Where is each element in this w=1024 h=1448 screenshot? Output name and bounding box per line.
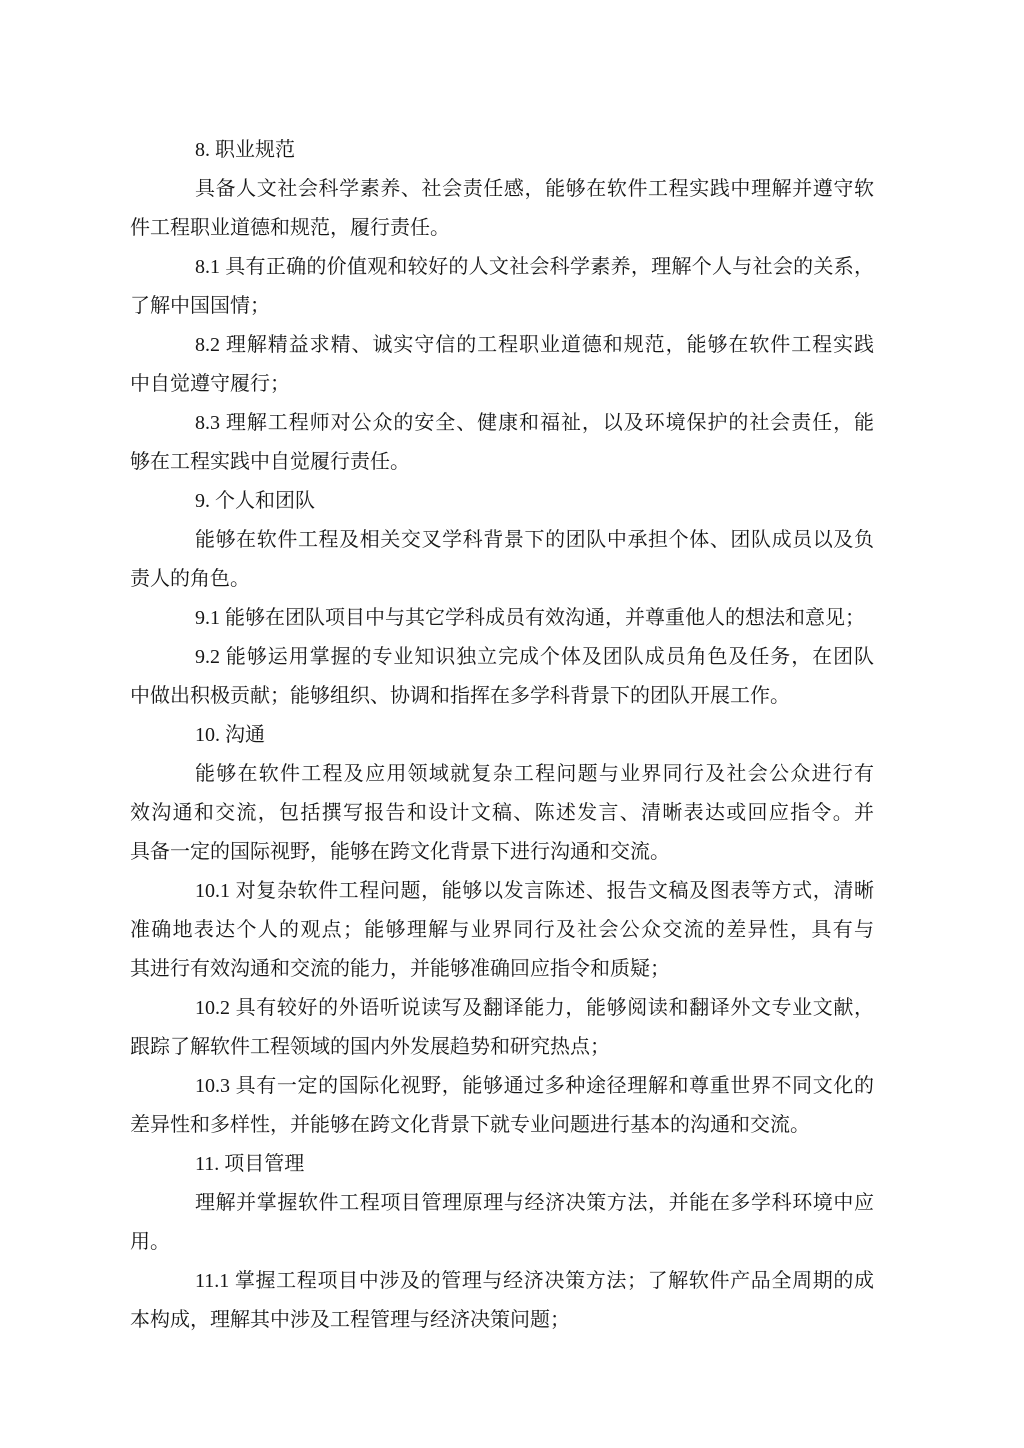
paragraph: 理解并掌握软件工程项目管理原理与经济决策方法，并能在多学科环境中应用。 [130,1184,874,1262]
text-line: 8.2 理解精益求精、诚实守信的工程职业道德和规范，能够在软件工程实践 [130,326,874,365]
text-line: 理解并掌握软件工程项目管理原理与经济决策方法，并能在多学科环境中应 [130,1184,874,1223]
text-line: 10.3 具有一定的国际化视野，能够通过多种途径理解和尊重世界不同文化的 [130,1067,874,1106]
text-line: 本构成，理解其中涉及工程管理与经济决策问题； [130,1301,874,1340]
text-line: 效沟通和交流，包括撰写报告和设计文稿、陈述发言、清晰表达或回应指令。并 [130,794,874,833]
section-heading: 9. 个人和团队 [130,482,874,521]
paragraph: 9.1 能够在团队项目中与其它学科成员有效沟通，并尊重他人的想法和意见； [130,599,874,638]
paragraph: 8.3 理解工程师对公众的安全、健康和福祉，以及环境保护的社会责任，能够在工程实… [130,404,874,482]
heading-line: 11. 项目管理 [130,1145,874,1184]
heading-line: 8. 职业规范 [130,131,874,170]
section-heading: 8. 职业规范 [130,131,874,170]
paragraph: 8.2 理解精益求精、诚实守信的工程职业道德和规范，能够在软件工程实践中自觉遵守… [130,326,874,404]
text-line: 具备一定的国际视野，能够在跨文化背景下进行沟通和交流。 [130,833,874,872]
paragraph: 10.1 对复杂软件工程问题，能够以发言陈述、报告文稿及图表等方式，清晰准确地表… [130,872,874,989]
section-heading: 10. 沟通 [130,716,874,755]
text-line: 中自觉遵守履行； [130,365,874,404]
text-line: 差异性和多样性，并能够在跨文化背景下就专业问题进行基本的沟通和交流。 [130,1106,874,1145]
text-line: 跟踪了解软件工程领域的国内外发展趋势和研究热点； [130,1028,874,1067]
text-line: 11.1 掌握工程项目中涉及的管理与经济决策方法；了解软件产品全周期的成 [130,1262,874,1301]
text-line: 够在工程实践中自觉履行责任。 [130,443,874,482]
paragraph: 能够在软件工程及相关交叉学科背景下的团队中承担个体、团队成员以及负责人的角色。 [130,521,874,599]
text-line: 8.3 理解工程师对公众的安全、健康和福祉，以及环境保护的社会责任，能 [130,404,874,443]
heading-line: 10. 沟通 [130,716,874,755]
text-line: 能够在软件工程及应用领域就复杂工程问题与业界同行及社会公众进行有 [130,755,874,794]
paragraph: 10.3 具有一定的国际化视野，能够通过多种途径理解和尊重世界不同文化的差异性和… [130,1067,874,1145]
paragraph: 11.1 掌握工程项目中涉及的管理与经济决策方法；了解软件产品全周期的成本构成，… [130,1262,874,1340]
section-heading: 11. 项目管理 [130,1145,874,1184]
heading-line: 9. 个人和团队 [130,482,874,521]
paragraph: 9.2 能够运用掌握的专业知识独立完成个体及团队成员角色及任务，在团队中做出积极… [130,638,874,716]
paragraph: 8.1 具有正确的价值观和较好的人文社会科学素养，理解个人与社会的关系，了解中国… [130,248,874,326]
text-line: 9.1 能够在团队项目中与其它学科成员有效沟通，并尊重他人的想法和意见； [130,599,874,638]
text-line: 其进行有效沟通和交流的能力，并能够准确回应指令和质疑； [130,950,874,989]
text-line: 8.1 具有正确的价值观和较好的人文社会科学素养，理解个人与社会的关系， [130,248,874,287]
document-body: 8. 职业规范具备人文社会科学素养、社会责任感，能够在软件工程实践中理解并遵守软… [130,131,874,1340]
paragraph: 10.2 具有较好的外语听说读写及翻译能力，能够阅读和翻译外文专业文献，跟踪了解… [130,989,874,1067]
paragraph: 能够在软件工程及应用领域就复杂工程问题与业界同行及社会公众进行有效沟通和交流，包… [130,755,874,872]
text-line: 了解中国国情； [130,287,874,326]
text-line: 10.2 具有较好的外语听说读写及翻译能力，能够阅读和翻译外文专业文献， [130,989,874,1028]
text-line: 件工程职业道德和规范，履行责任。 [130,209,874,248]
text-line: 能够在软件工程及相关交叉学科背景下的团队中承担个体、团队成员以及负 [130,521,874,560]
text-line: 准确地表达个人的观点；能够理解与业界同行及社会公众交流的差异性，具有与 [130,911,874,950]
text-line: 中做出积极贡献；能够组织、协调和指挥在多学科背景下的团队开展工作。 [130,677,874,716]
paragraph: 具备人文社会科学素养、社会责任感，能够在软件工程实践中理解并遵守软件工程职业道德… [130,170,874,248]
text-line: 责人的角色。 [130,560,874,599]
text-line: 10.1 对复杂软件工程问题，能够以发言陈述、报告文稿及图表等方式，清晰 [130,872,874,911]
document-page: 8. 职业规范具备人文社会科学素养、社会责任感，能够在软件工程实践中理解并遵守软… [0,0,1024,1448]
text-line: 用。 [130,1223,874,1262]
text-line: 具备人文社会科学素养、社会责任感，能够在软件工程实践中理解并遵守软 [130,170,874,209]
text-line: 9.2 能够运用掌握的专业知识独立完成个体及团队成员角色及任务，在团队 [130,638,874,677]
